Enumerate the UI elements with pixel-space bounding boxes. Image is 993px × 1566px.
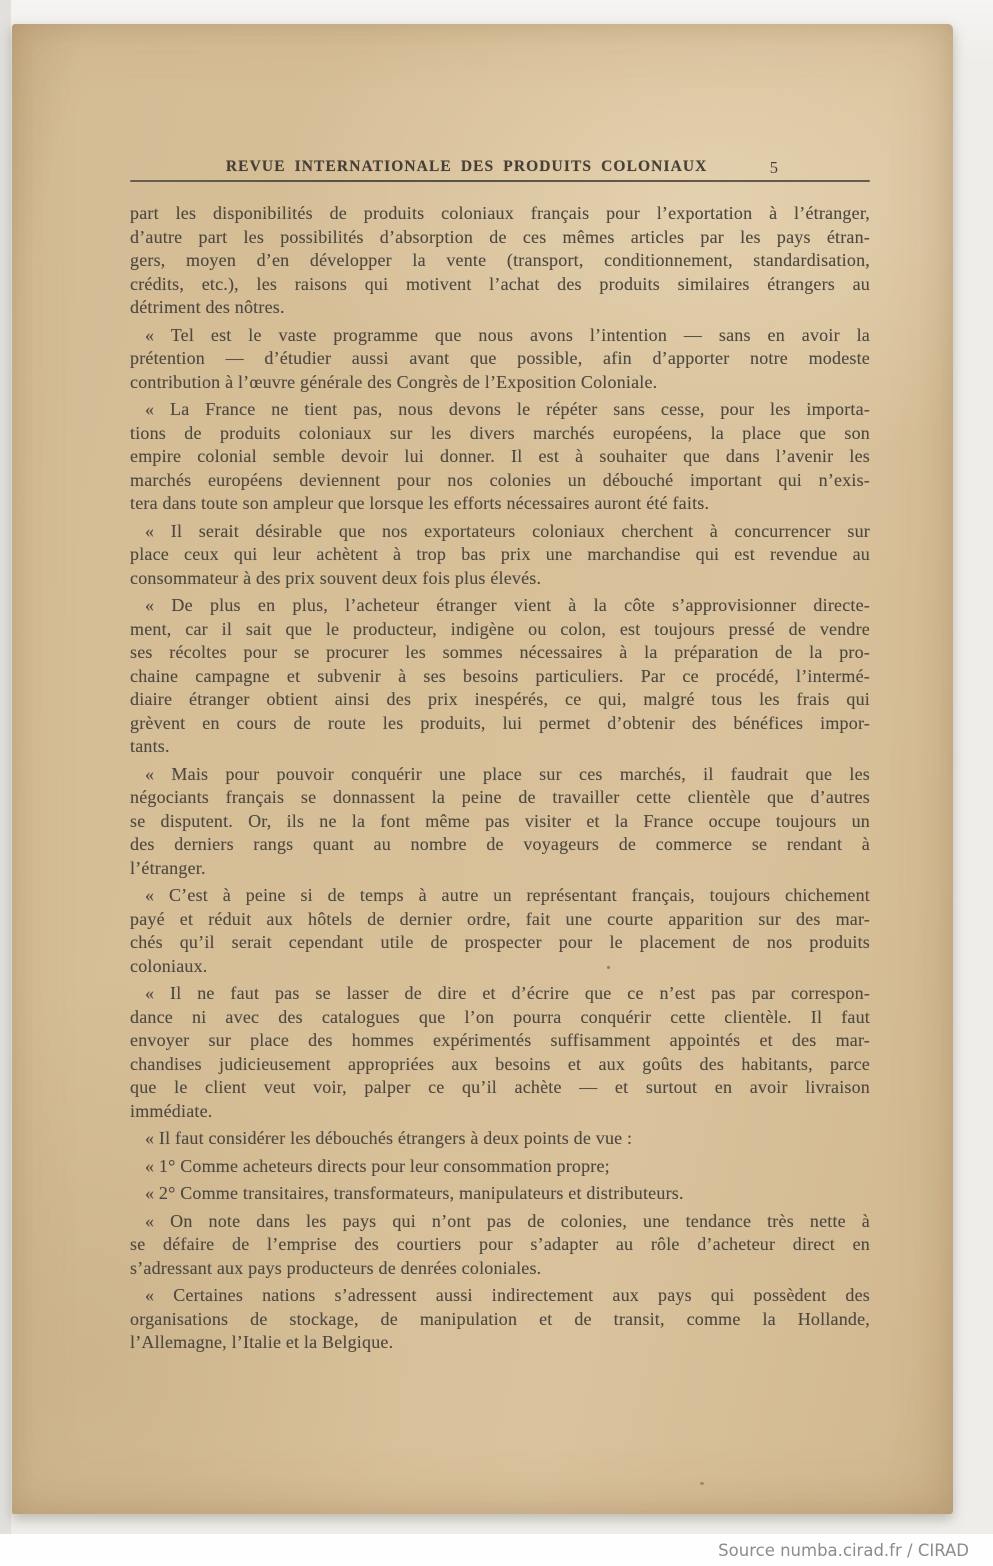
text-line: « Mais pour pouvoir conquérir une place …: [130, 763, 870, 787]
text-line: payé et réduit aux hôtels de dernier ord…: [130, 908, 870, 932]
text-line: dance ni avec des catalogues que l’on po…: [130, 1006, 870, 1030]
paragraph: « Mais pour pouvoir conquérir une place …: [130, 763, 870, 881]
text-line: l’étranger.: [130, 857, 870, 881]
text-line: « On note dans les pays qui n’ont pas de…: [130, 1210, 870, 1234]
document-page: REVUE INTERNATIONALE DES PRODUITS COLONI…: [12, 24, 953, 1514]
text-line: l’Allemagne, l’Italie et la Belgique.: [130, 1331, 870, 1355]
text-line: part les disponibilités de produits colo…: [130, 202, 870, 226]
paragraph: « La France ne tient pas, nous devons le…: [130, 398, 870, 516]
text-line: des derniers rangs quant au nombre de vo…: [130, 833, 870, 857]
text-line: crédits, etc.), les raisons qui motivent…: [130, 273, 870, 297]
text-line: grèvent en cours de route les produits, …: [130, 712, 870, 736]
text-line: ment, car il sait que le producteur, ind…: [130, 618, 870, 642]
text-line: prétention — d’étudier aussi avant que p…: [130, 347, 870, 371]
text-line: chés qu’il serait cependant utile de pro…: [130, 931, 870, 955]
header-rule: [130, 180, 870, 182]
text-line: « La France ne tient pas, nous devons le…: [130, 398, 870, 422]
text-line: envoyer sur place des hommes expérimenté…: [130, 1029, 870, 1053]
text-line: contribution à l’œuvre générale des Cong…: [130, 371, 870, 395]
text-line: coloniaux.: [130, 955, 870, 979]
scanned-page: REVUE INTERNATIONALE DES PRODUITS COLONI…: [0, 0, 993, 1566]
page-header: REVUE INTERNATIONALE DES PRODUITS COLONI…: [130, 158, 870, 180]
text-line: chandises judicieusement appropriées aux…: [130, 1053, 870, 1077]
text-line: organisations de stockage, de manipulati…: [130, 1308, 870, 1332]
text-line: « Il ne faut pas se lasser de dire et d’…: [130, 982, 870, 1006]
text-line: « Il serait désirable que nos exportateu…: [130, 520, 870, 544]
text-line: place ceux qui leur achètent à trop bas …: [130, 543, 870, 567]
text-line: consommateur à des prix souvent deux foi…: [130, 567, 870, 591]
text-line: marchés européens deviennent pour nos co…: [130, 469, 870, 493]
text-line: s’adressant aux pays producteurs de denr…: [130, 1257, 870, 1281]
page-number: 5: [770, 158, 778, 178]
text-line: se disputent. Or, ils ne la font même pa…: [130, 810, 870, 834]
paragraph: « 2° Comme transitaires, transformateurs…: [130, 1182, 870, 1206]
source-bar: Source numba.cirad.fr / CIRAD: [0, 1534, 993, 1566]
page-body: part les disponibilités de produits colo…: [130, 202, 870, 1355]
source-attribution: Source numba.cirad.fr / CIRAD: [718, 1541, 969, 1560]
text-line: « De plus en plus, l’acheteur étranger v…: [130, 594, 870, 618]
text-line: tera dans toute son ampleur que lorsque …: [130, 492, 870, 516]
text-line: « 1° Comme acheteurs directs pour leur c…: [130, 1155, 870, 1179]
text-line: détriment des nôtres.: [130, 296, 870, 320]
text-line: gers, moyen d’en développer la vente (tr…: [130, 249, 870, 273]
text-line: chaine campagne et subvenir à ses besoin…: [130, 665, 870, 689]
text-line: négociants français se donnassent la pei…: [130, 786, 870, 810]
text-line: d’autre part les possibilités d’absorpti…: [130, 226, 870, 250]
text-line: immédiate.: [130, 1100, 870, 1124]
text-line: « Certaines nations s’adressent aussi in…: [130, 1284, 870, 1308]
paper-speck: [607, 966, 610, 969]
text-line: empire colonial semble devoir lui donner…: [130, 445, 870, 469]
paragraph: « Certaines nations s’adressent aussi in…: [130, 1284, 870, 1355]
paragraph: part les disponibilités de produits colo…: [130, 202, 870, 320]
journal-title: REVUE INTERNATIONALE DES PRODUITS COLONI…: [226, 158, 708, 176]
scanner-bed-left-strip: [0, 0, 11, 1534]
text-line: « C’est à peine si de temps à autre un r…: [130, 884, 870, 908]
text-line: se défaire de l’emprise des courtiers po…: [130, 1233, 870, 1257]
paragraph: « 1° Comme acheteurs directs pour leur c…: [130, 1155, 870, 1179]
paper-speck: [700, 1482, 704, 1485]
paragraph: « Il ne faut pas se lasser de dire et d’…: [130, 982, 870, 1123]
text-line: ses récoltes pour se procurer les sommes…: [130, 641, 870, 665]
paragraph: « On note dans les pays qui n’ont pas de…: [130, 1210, 870, 1281]
text-line: tions de produits coloniaux sur les dive…: [130, 422, 870, 446]
text-line: tants.: [130, 735, 870, 759]
text-line: « Il faut considérer les débouchés étran…: [130, 1127, 870, 1151]
paragraph: « De plus en plus, l’acheteur étranger v…: [130, 594, 870, 759]
paragraph: « Il faut considérer les débouchés étran…: [130, 1127, 870, 1151]
text-line: diaire étranger obtient ainsi des prix i…: [130, 688, 870, 712]
text-line: « Tel est le vaste programme que nous av…: [130, 324, 870, 348]
paragraph: « C’est à peine si de temps à autre un r…: [130, 884, 870, 978]
paragraph: « Il serait désirable que nos exportateu…: [130, 520, 870, 591]
text-line: « 2° Comme transitaires, transformateurs…: [130, 1182, 870, 1206]
paragraph: « Tel est le vaste programme que nous av…: [130, 324, 870, 395]
text-line: que le client veut voir, palper ce qu’il…: [130, 1076, 870, 1100]
